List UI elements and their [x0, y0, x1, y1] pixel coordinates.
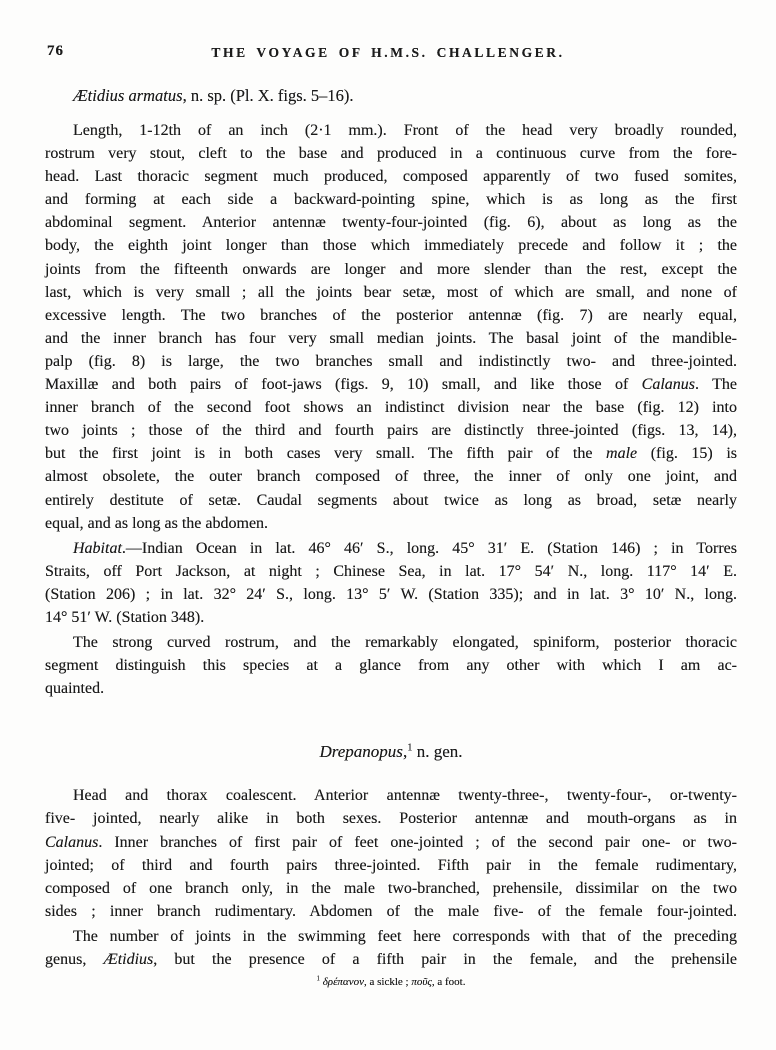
text-run: quainted.	[45, 680, 104, 697]
text-line: rostrum very stout, cleft to the base an…	[45, 142, 737, 165]
text-run: sides ; inner branch rudimentary. Abdome…	[45, 903, 737, 920]
text-line: Maxillæ and both pairs of foot-jaws (fig…	[45, 373, 737, 396]
text-run: Straits, off Port Jackson, at night ; Ch…	[45, 563, 737, 580]
text-line: The number of joints in the swimming fee…	[45, 925, 737, 948]
text-line: Head and thorax coalescent. Anterior ant…	[45, 784, 737, 807]
text-line: five- jointed, nearly alike in both sexe…	[45, 807, 737, 830]
text-run: and the inner branch has four very small…	[45, 330, 737, 347]
running-head: THE VOYAGE OF H.M.S. CHALLENGER.	[0, 45, 776, 61]
text-run: .—Indian Ocean in lat. 46° 46′ S., long.…	[122, 540, 737, 557]
text-run: Head and thorax coalescent. Anterior ant…	[73, 787, 737, 804]
text-run: composed of one branch only, in the male…	[45, 880, 737, 897]
paragraph-species-description: Length, 1-12th of an inch (2·1 mm.). Fro…	[45, 119, 737, 535]
text-line: quainted.	[45, 677, 737, 700]
text-line: (Station 206) ; in lat. 32° 24′ S., long…	[45, 583, 737, 606]
text-run: segment distinguish this species at a gl…	[45, 657, 737, 674]
text-run: excessive length. The two branches of th…	[45, 307, 737, 324]
text-run: n. gen.	[412, 742, 462, 761]
text-run: equal, and as long as the abdomen.	[45, 515, 268, 532]
text-run: . Inner branches of first pair of feet o…	[98, 834, 737, 851]
italic-text: Drepanopus	[320, 742, 403, 761]
paragraph-habitat: Habitat.—Indian Ocean in lat. 46° 46′ S.…	[45, 537, 737, 629]
text-line: inner branch of the second foot shows an…	[45, 396, 737, 419]
italic-text: Calanus	[45, 834, 98, 851]
text-line: but the first joint is in both cases ver…	[45, 442, 737, 465]
footnote: 1 δρέπανον, a sickle ; ποῦς, a foot.	[45, 975, 737, 989]
paragraph-genus-remarks: The number of joints in the swimming fee…	[45, 925, 737, 971]
text-run: , n. sp. (Pl. X. figs. 5–16).	[183, 86, 354, 105]
text-line: Calanus. Inner branches of first pair of…	[45, 831, 737, 854]
text-line: jointed; of third and fourth pairs three…	[45, 854, 737, 877]
text-run: 14° 51′ W. (Station 348).	[45, 609, 204, 626]
text-run: head. Last thoracic segment much produce…	[45, 168, 737, 185]
italic-text: Calanus	[642, 376, 695, 393]
text-run: , a foot.	[432, 976, 466, 988]
text-line: Length, 1-12th of an inch (2·1 mm.). Fro…	[45, 119, 737, 142]
text-run: and forming at each side a backward-poin…	[45, 191, 737, 208]
text-run: The strong curved rostrum, and the remar…	[73, 634, 737, 651]
italic-text: ποῦς	[411, 976, 432, 988]
italic-text: Habitat	[73, 540, 122, 557]
text-run: Length, 1-12th of an inch (2·1 mm.). Fro…	[73, 122, 737, 139]
text-run: entirely destitute of setæ. Caudal segme…	[45, 492, 737, 509]
text-line: genus, Ætidius, but the presence of a fi…	[45, 948, 737, 971]
text-run: five- jointed, nearly alike in both sexe…	[45, 810, 737, 827]
text-run: two joints ; those of the third and four…	[45, 422, 737, 439]
text-run: joints from the fifteenth onwards are lo…	[45, 261, 737, 278]
text-line: sides ; inner branch rudimentary. Abdome…	[45, 900, 737, 923]
text-run: Maxillæ and both pairs of foot-jaws (fig…	[45, 376, 642, 393]
text-line: equal, and as long as the abdomen.	[45, 512, 737, 535]
text-run: inner branch of the second foot shows an…	[45, 399, 737, 416]
text-run: last, which is very small ; all the join…	[45, 284, 737, 301]
text-run: . The	[695, 376, 737, 393]
text-line: 14° 51′ W. (Station 348).	[45, 606, 737, 629]
italic-text: Ætidius	[103, 951, 153, 968]
page-content: Ætidius armatus, n. sp. (Pl. X. figs. 5–…	[45, 86, 737, 989]
text-line: composed of one branch only, in the male…	[45, 877, 737, 900]
text-run: The number of joints in the swimming fee…	[73, 928, 737, 945]
text-run: abdominal segment. Anterior antennæ twen…	[45, 214, 737, 231]
text-run: rostrum very stout, cleft to the base an…	[45, 145, 737, 162]
text-line: Habitat.—Indian Ocean in lat. 46° 46′ S.…	[45, 537, 737, 560]
text-run: jointed; of third and fourth pairs three…	[45, 857, 737, 874]
text-line: entirely destitute of setæ. Caudal segme…	[45, 489, 737, 512]
paragraph-genus-description: Head and thorax coalescent. Anterior ant…	[45, 784, 737, 923]
text-run: but the first joint is in both cases ver…	[45, 445, 606, 462]
text-line: and forming at each side a backward-poin…	[45, 188, 737, 211]
text-line: head. Last thoracic segment much produce…	[45, 165, 737, 188]
paragraph-species-remarks: The strong curved rostrum, and the remar…	[45, 631, 737, 700]
text-run: (Station 206) ; in lat. 32° 24′ S., long…	[45, 586, 737, 603]
text-line: segment distinguish this species at a gl…	[45, 654, 737, 677]
text-line: two joints ; those of the third and four…	[45, 419, 737, 442]
book-page: 76 THE VOYAGE OF H.M.S. CHALLENGER. Ætid…	[0, 0, 776, 1050]
text-run: body, the eighth joint longer than those…	[45, 237, 737, 254]
genus-heading: Drepanopus,1 n. gen.	[45, 741, 737, 762]
text-line: and the inner branch has four very small…	[45, 327, 737, 350]
text-run: almost obsolete, the outer branch compos…	[45, 468, 737, 485]
italic-text: male	[606, 445, 637, 462]
italic-text: Ætidius armatus	[73, 86, 183, 105]
italic-text: δρέπανον	[323, 976, 364, 988]
text-line: palp (fig. 8) is large, the two branches…	[45, 350, 737, 373]
text-line: last, which is very small ; all the join…	[45, 281, 737, 304]
text-line: almost obsolete, the outer branch compos…	[45, 465, 737, 488]
species-heading: Ætidius armatus, n. sp. (Pl. X. figs. 5–…	[45, 86, 737, 106]
text-run: palp (fig. 8) is large, the two branches…	[45, 353, 737, 370]
text-run: (fig. 15) is	[637, 445, 737, 462]
text-line: Straits, off Port Jackson, at night ; Ch…	[45, 560, 737, 583]
text-run: , a sickle ;	[364, 976, 411, 988]
text-line: body, the eighth joint longer than those…	[45, 234, 737, 257]
text-line: The strong curved rostrum, and the remar…	[45, 631, 737, 654]
text-line: abdominal segment. Anterior antennæ twen…	[45, 211, 737, 234]
text-line: excessive length. The two branches of th…	[45, 304, 737, 327]
text-line: joints from the fifteenth onwards are lo…	[45, 258, 737, 281]
text-run: genus,	[45, 951, 103, 968]
text-run: , but the presence of a fifth pair in th…	[153, 951, 737, 968]
